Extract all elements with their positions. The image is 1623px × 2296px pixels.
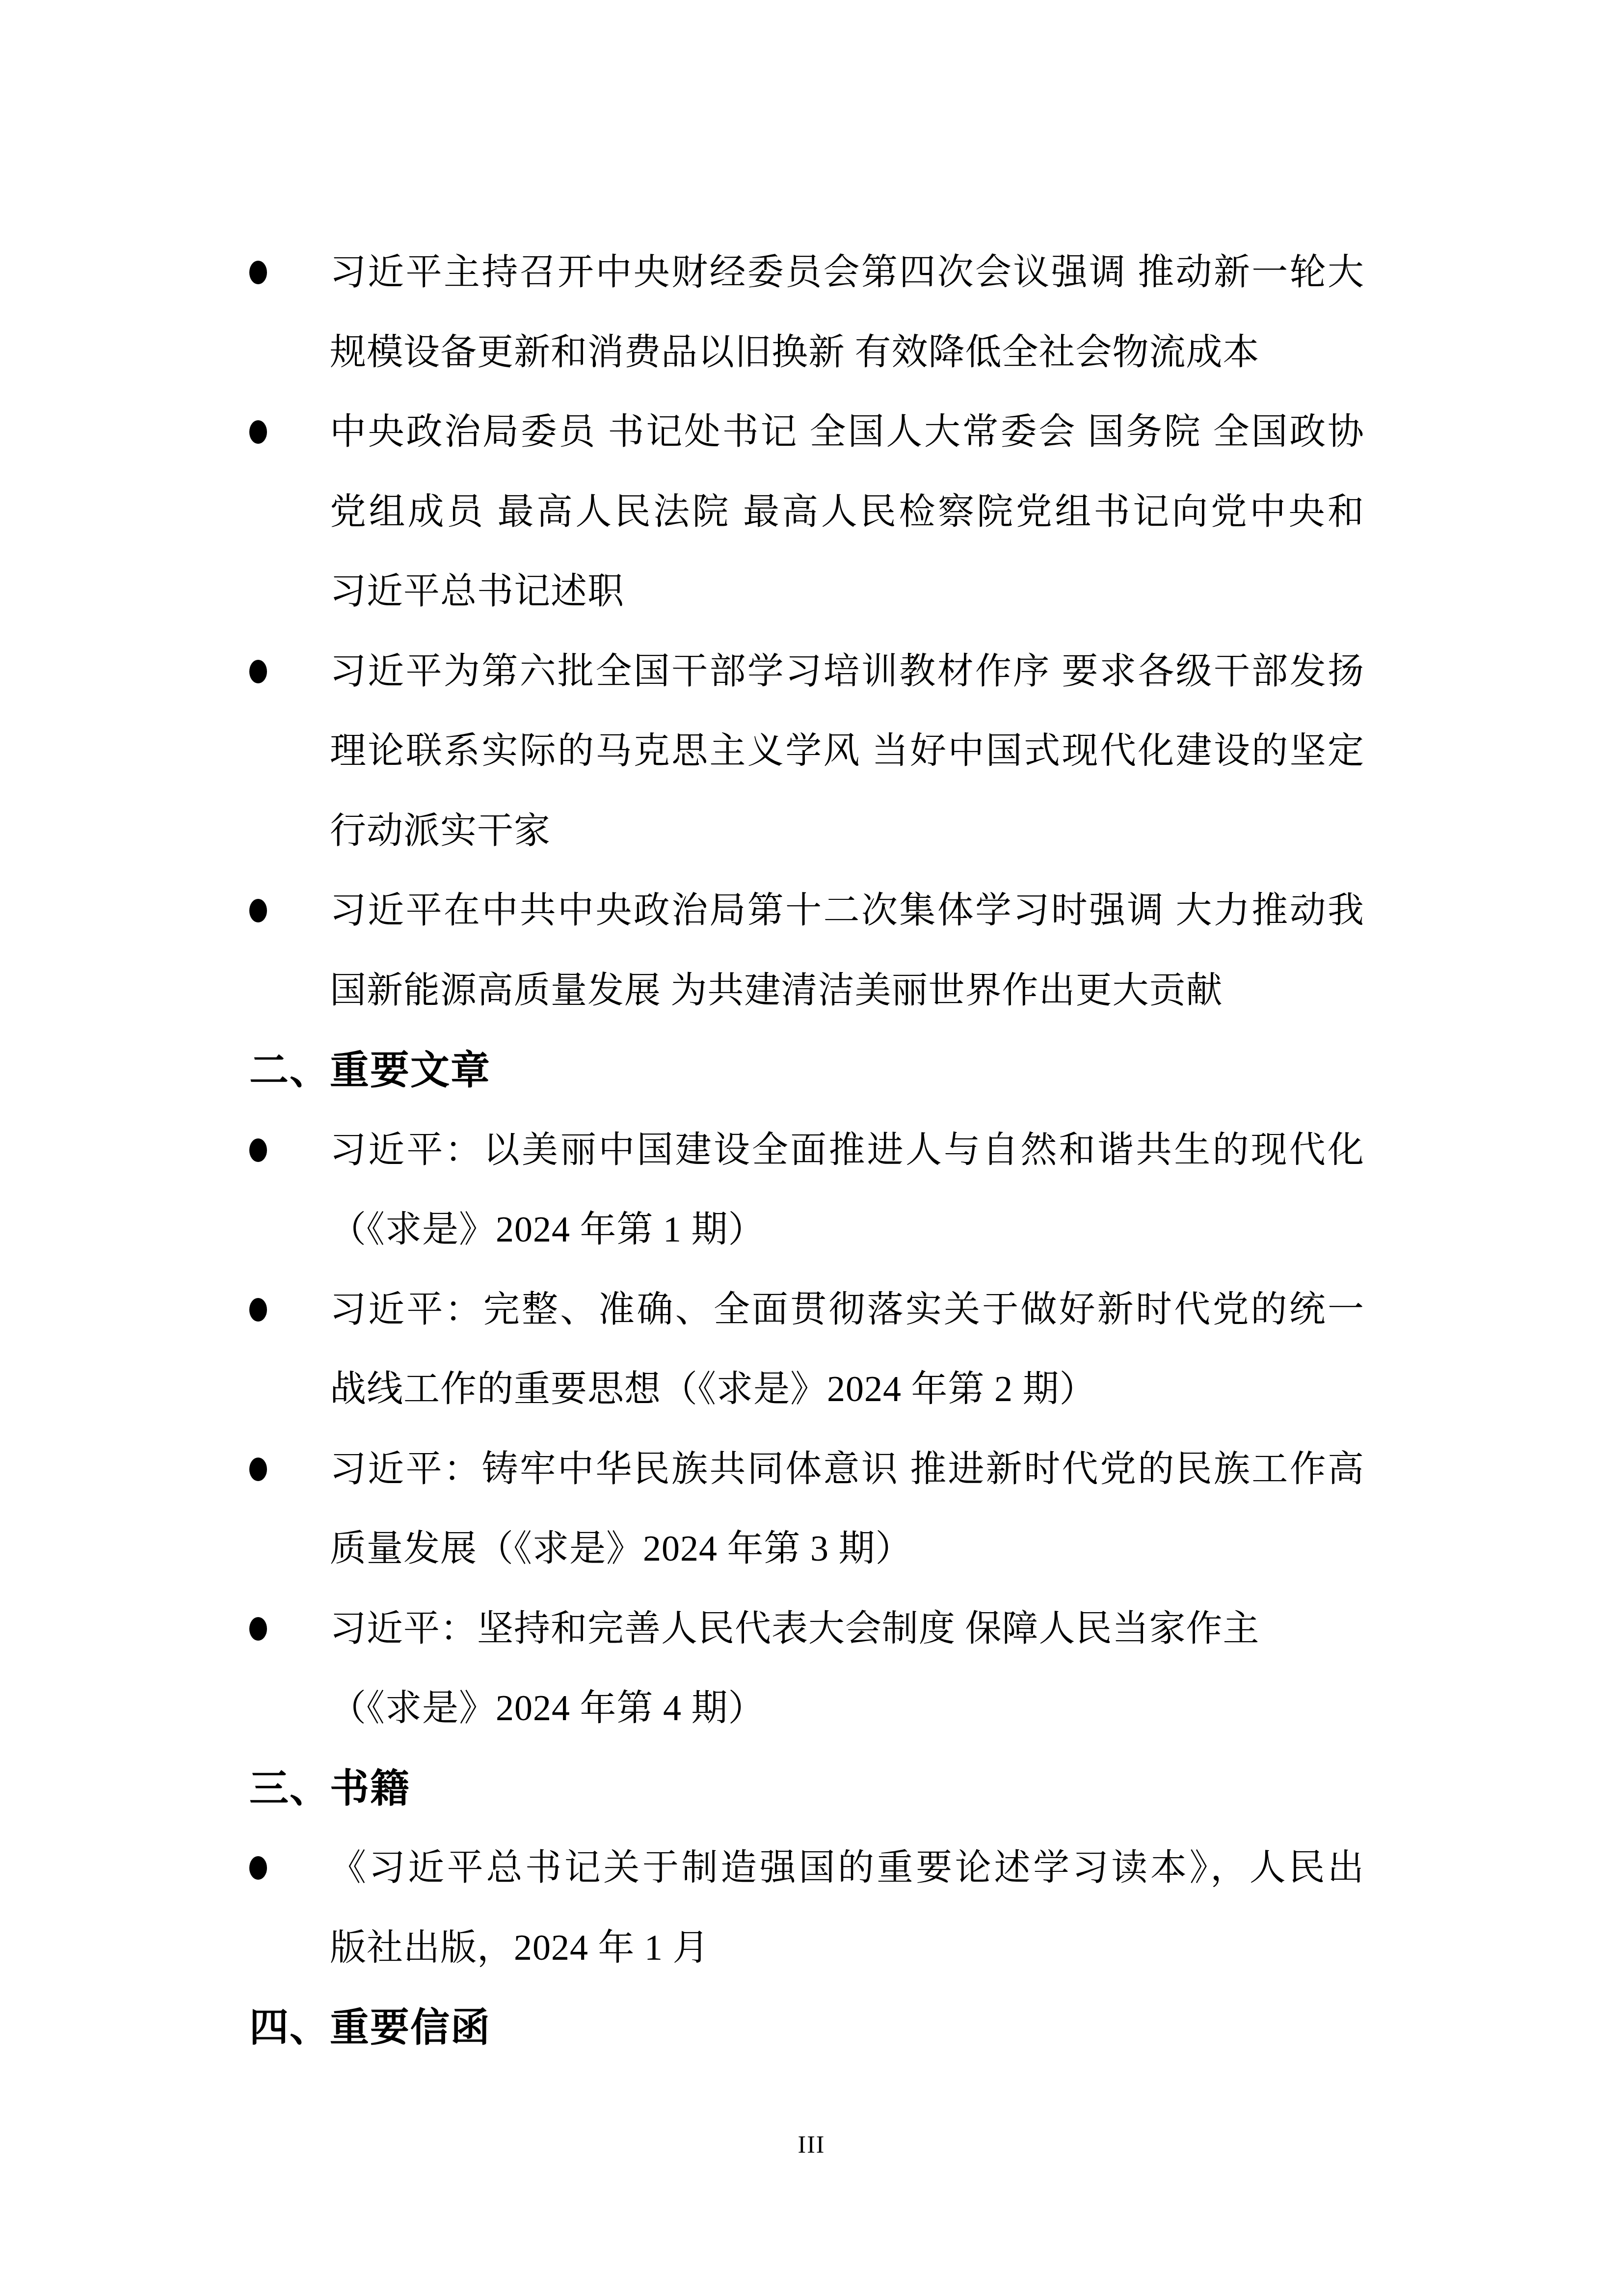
toc-item-line: 中央政治局委员 书记处书记 全国人大常委会 国务院 全国政协	[330, 402, 1364, 462]
toc-item-line: 国新能源高质量发展 为共建清洁美丽世界作出更大贡献	[330, 960, 1364, 1021]
toc-item-line: 行动派实干家	[330, 801, 1364, 862]
toc-item-line: 规模设备更新和消费品以旧换新 有效降低全社会物流成本	[330, 322, 1364, 383]
toc-item-line: 习近平主持召开中央财经委员会第四次会议强调 推动新一轮大	[330, 242, 1364, 303]
toc-item-line: 《习近平总书记关于制造强国的重要论述学习读本》，人民出	[330, 1837, 1364, 1898]
toc-item-line: 习近平总书记述职	[330, 561, 1364, 622]
toc-item-line: 习近平：完整、准确、全面贯彻落实关于做好新时代党的统一	[330, 1279, 1364, 1340]
bullet-icon	[249, 1617, 267, 1641]
document-page: 习近平主持召开中央财经委员会第四次会议强调 推动新一轮大规模设备更新和消费品以旧…	[0, 0, 1623, 2296]
toc-item-line: 习近平在中共中央政治局第十二次集体学习时强调 大力推动我	[330, 880, 1364, 941]
bullet-icon	[249, 420, 267, 444]
toc-item-line: 习近平：坚持和完善人民代表大会制度 保障人民当家作主	[330, 1598, 1364, 1659]
bullet-icon	[249, 261, 267, 284]
bullet-icon	[249, 1298, 267, 1322]
toc-item-line: 质量发展（《求是》2024 年第 3 期）	[330, 1518, 1364, 1579]
bullet-icon	[249, 660, 267, 683]
bullet-icon	[249, 1856, 267, 1880]
section-heading: 二、重要文章	[249, 1040, 491, 1101]
toc-item-line: 习近平：以美丽中国建设全面推进人与自然和谐共生的现代化	[330, 1120, 1364, 1181]
section-heading: 四、重要信函	[249, 1997, 491, 2058]
toc-item-line: （《求是》2024 年第 1 期）	[330, 1199, 1364, 1260]
toc-item-line: 习近平：铸牢中华民族共同体意识 推进新时代党的民族工作高	[330, 1439, 1364, 1500]
toc-item-line: 党组成员 最高人民法院 最高人民检察院党组书记向党中央和	[330, 482, 1364, 542]
toc-item-line: （《求是》2024 年第 4 期）	[330, 1678, 1364, 1739]
section-heading: 三、书籍	[249, 1758, 410, 1819]
bullet-icon	[249, 1458, 267, 1481]
toc-item-line: 版社出版，2024 年 1 月	[330, 1918, 1364, 1978]
page-number: III	[0, 2130, 1623, 2159]
bullet-icon	[249, 899, 267, 922]
bullet-icon	[249, 1138, 267, 1162]
toc-item-line: 战线工作的重要思想（《求是》2024 年第 2 期）	[330, 1359, 1364, 1420]
toc-item-line: 习近平为第六批全国干部学习培训教材作序 要求各级干部发扬	[330, 641, 1364, 702]
toc-item-line: 理论联系实际的马克思主义学风 当好中国式现代化建设的坚定	[330, 721, 1364, 782]
